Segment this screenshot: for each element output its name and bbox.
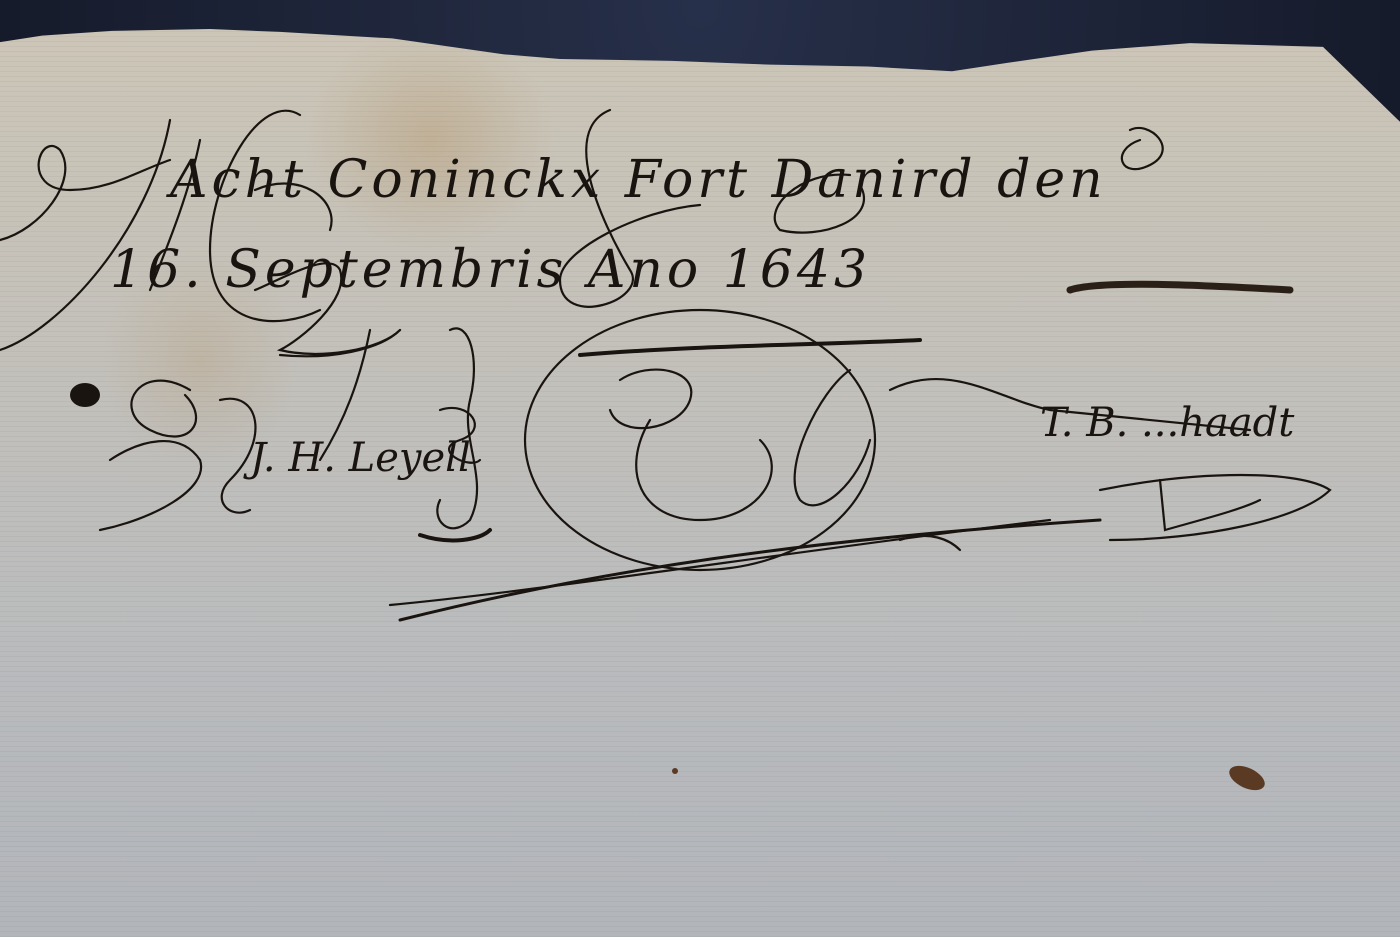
ink-blot: [70, 383, 100, 407]
manuscript-line-2: 16. Septembris Ano 1643: [110, 240, 871, 300]
signature-right: T. B. ...haadt: [1040, 400, 1294, 446]
calligraphy-flourishes: [0, 0, 1400, 937]
signature-left: J. H. Leyell: [250, 435, 471, 481]
manuscript-line-1: Acht Coninckx Fort Danird den: [170, 150, 1107, 210]
stain-dot: [672, 768, 678, 774]
manuscript-paper: Acht Coninckx Fort Danird den 16. Septem…: [0, 0, 1400, 937]
